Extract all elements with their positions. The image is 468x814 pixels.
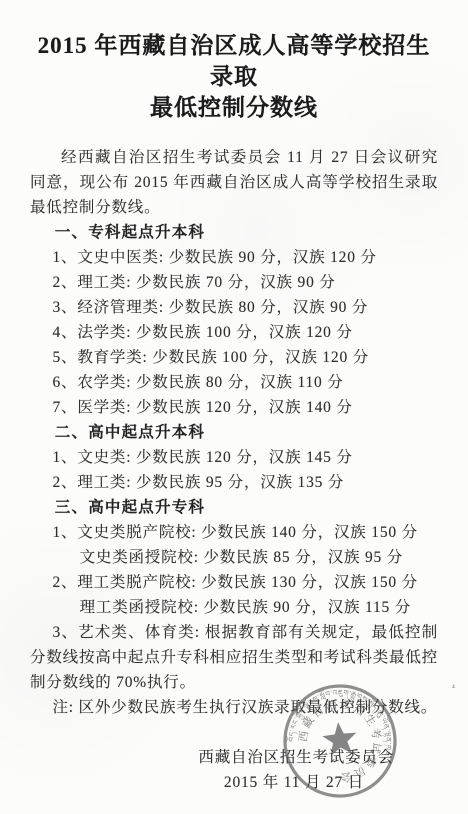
score-line: 6、农学类: 少数民族 80 分，汉族 110 分 — [30, 370, 438, 395]
score-line: 2、理工类脱产院校: 少数民族 130 分，汉族 150 分 — [30, 570, 438, 595]
title-line-1: 2015 年西藏自治区成人高等学校招生录取 — [30, 30, 438, 92]
document-content: 2015 年西藏自治区成人高等学校招生录取 最低控制分数线 经西藏自治区招生考试… — [0, 0, 468, 795]
note-line: 注: 区外少数民族考生执行汉族录取最低控制分数线。 — [30, 695, 438, 720]
title-line-2: 最低控制分数线 — [30, 92, 438, 123]
scanned-document-page: 2015 年西藏自治区成人高等学校招生录取 最低控制分数线 经西藏自治区招生考试… — [0, 0, 468, 814]
issue-date: 2015 年 11 月 27 日 — [30, 770, 438, 795]
score-line: 2、理工类: 少数民族 70 分，汉族 90 分 — [30, 270, 438, 295]
document-title: 2015 年西藏自治区成人高等学校招生录取 最低控制分数线 — [30, 30, 438, 123]
score-line: 4、法学类: 少数民族 100 分，汉族 120 分 — [30, 320, 438, 345]
score-line: 1、文史类脱产院校: 少数民族 140 分，汉族 150 分 — [30, 520, 438, 545]
section-3-heading: 三、高中起点升专科 — [30, 495, 438, 520]
score-line: 1、文史类: 少数民族 120 分，汉族 145 分 — [30, 445, 438, 470]
signature-block: 西藏自治区招生考试委员会 2015 年 11 月 27 日 — [30, 745, 438, 795]
scan-noise-speck: ⁴ — [452, 685, 456, 691]
art-sports-paragraph: 3、艺术类、体育类: 根据教育部有关规定，最低控制分数线按高中起点升专科相应招生… — [30, 620, 438, 695]
section-2-heading: 二、高中起点升本科 — [30, 420, 438, 445]
score-line: 理工类函授院校: 少数民族 90 分，汉族 115 分 — [30, 595, 438, 620]
score-line: 7、医学类: 少数民族 120 分，汉族 140 分 — [30, 395, 438, 420]
score-line: 1、文史中医类: 少数民族 90 分，汉族 120 分 — [30, 245, 438, 270]
score-line: 5、教育学类: 少数民族 100 分，汉族 120 分 — [30, 345, 438, 370]
intro-paragraph: 经西藏自治区招生考试委员会 11 月 27 日会议研究同意，现公布 2015 年… — [30, 145, 438, 220]
score-line: 3、经济管理类: 少数民族 80 分，汉族 90 分 — [30, 295, 438, 320]
section-1-heading: 一、专科起点升本科 — [30, 220, 438, 245]
score-line: 2、理工类: 少数民族 95 分，汉族 135 分 — [30, 470, 438, 495]
issuing-organization: 西藏自治区招生考试委员会 — [30, 745, 438, 770]
score-line: 文史类函授院校: 少数民族 85 分，汉族 95 分 — [30, 545, 438, 570]
